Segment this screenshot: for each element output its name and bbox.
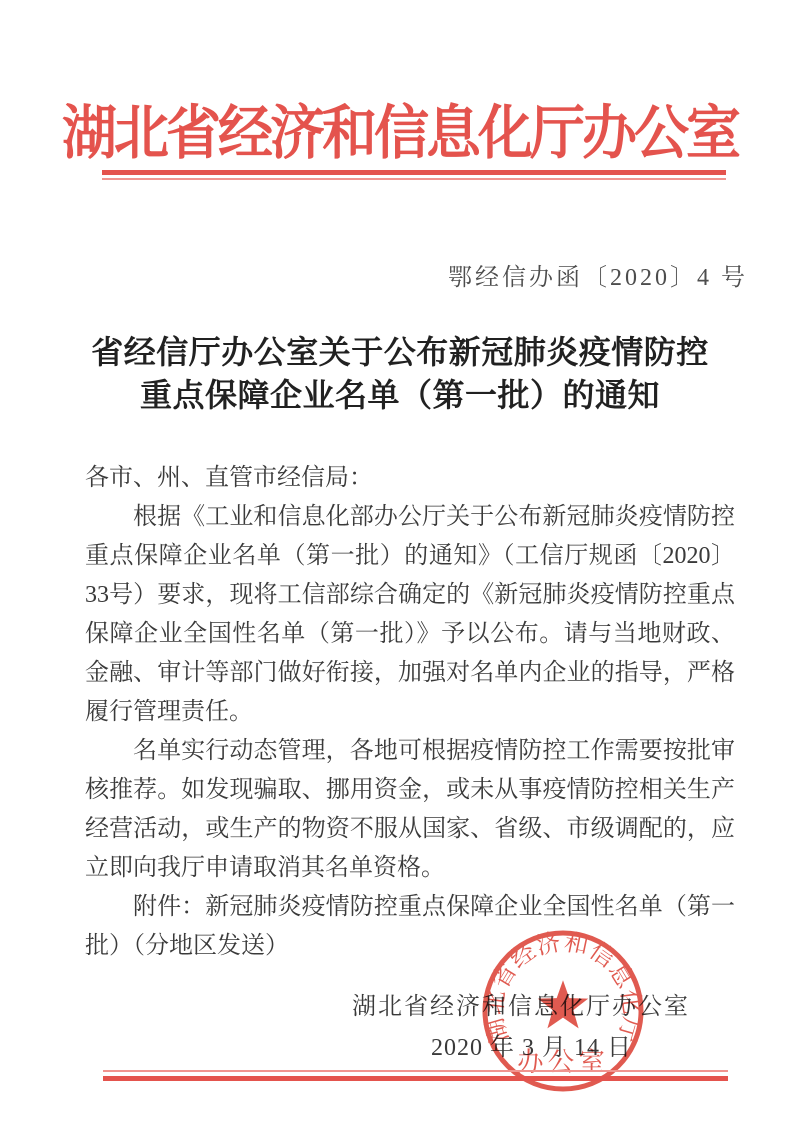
letterhead-divider-thick-line [102,170,726,175]
document-title-line-2: 重点保障企业名单（第一批）的通知 [0,374,800,417]
letterhead-org-name: 湖北省经济和信息化厅办公室 [0,86,800,170]
letterhead-divider [102,170,726,180]
document-number: 鄂经信办函〔2020〕4 号 [448,257,748,292]
document-title: 省经信厅办公室关于公布新冠肺炎疫情防控 重点保障企业名单（第一批）的通知 [0,331,800,417]
signature-date: 2020 年 3 月 14 日 [431,1027,632,1062]
footer-divider-thin-line [103,1070,728,1072]
attachment-note: 附件：新冠肺炎疫情防控重点保障企业全国性名单（第一批）（分地区发送） [85,888,735,966]
letterhead-divider-thin-line [102,178,726,180]
body-paragraph-2: 名单实行动态管理，各地可根据疫情防控工作需要按批审核推荐。如发现骗取、挪用资金，… [85,732,735,888]
document-title-line-1: 省经信厅办公室关于公布新冠肺炎疫情防控 [0,331,800,374]
footer-divider-thick-line [103,1076,728,1081]
signature-org-name: 湖北省经济和信息化厅办公室 [352,986,690,1021]
footer-divider [103,1070,728,1081]
body-paragraph-1: 根据《工业和信息化部办公厅关于公布新冠肺炎疫情防控重点保障企业名单（第一批）的通… [85,498,735,732]
official-document-page: 湖北省经济和信息化厅办公室 鄂经信办函〔2020〕4 号 省经信厅办公室关于公布… [0,0,800,1130]
salutation: 各市、州、直管市经信局： [85,459,735,498]
document-body: 各市、州、直管市经信局： 根据《工业和信息化部办公厅关于公布新冠肺炎疫情防控重点… [85,459,735,966]
